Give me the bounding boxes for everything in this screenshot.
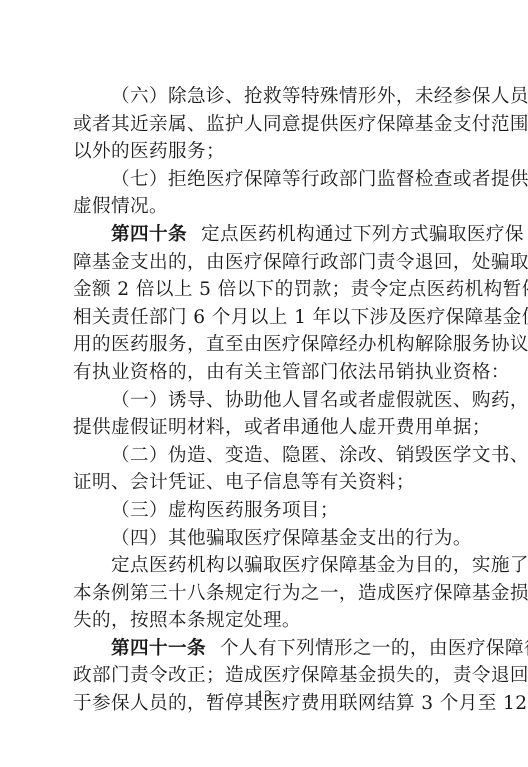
list-item-3: （三）虚构医药服务项目； [73,497,459,525]
text-line: （六）除急诊、抢救等特殊情形外，未经参保人员 [73,83,459,111]
article-41-heading: 第四十一条 [111,638,206,659]
list-item-4: （四）其他骗取医疗保障基金支出的行为。 [73,525,459,553]
article-40-text: 定点医药机构通过下列方式骗取医疗保 [201,224,524,245]
text-line: 政部门责令改正；造成医疗保障基金损失的，责令退回；属 [73,662,459,690]
text-line: 失的，按照本条规定处理。 [73,607,459,635]
article-41-text: 个人有下列情形之一的，由医疗保障行 [220,638,528,659]
text-line: 虚假情况。 [73,193,459,221]
text-line: 或者其近亲属、监护人同意提供医疗保障基金支付范围 [73,111,459,139]
text-line: 证明、会计凭证、电子信息等有关资料； [73,469,459,497]
text-line: 障基金支出的，由医疗保障行政部门责令退回，处骗取 [73,249,459,277]
article-41-first-line: 第四十一条个人有下列情形之一的，由医疗保障行 [73,635,459,663]
list-item-1: （一）诱导、协助他人冒名或者虚假就医、购药， [73,387,459,415]
text-line: 用的医药服务，直至由医疗保障经办机构解除服务协议； [73,331,459,359]
text-line: 相关责任部门 6 个月以上 1 年以下涉及医疗保障基金使 [73,304,459,332]
text-line: 以外的医药服务； [73,138,459,166]
document-body: （六）除急诊、抢救等特殊情形外，未经参保人员 或者其近亲属、监护人同意提供医疗保… [73,83,459,718]
article-40-heading: 第四十条 [111,224,187,245]
text-line: 金额 2 倍以上 5 倍以下的罚款；责令定点医药机构暂停 [73,276,459,304]
text-line: 有执业资格的，由有关主管部门依法吊销执业资格： [73,359,459,387]
article-40-first-line: 第四十条定点医药机构通过下列方式骗取医疗保 [73,221,459,249]
page-number: 13 [0,688,528,706]
text-line: （七）拒绝医疗保障等行政部门监督检查或者提供 [73,166,459,194]
list-item-2: （二）伪造、变造、隐匿、涂改、销毁医学文书、医学 [73,442,459,470]
text-line: 提供虚假证明材料，或者串通他人虚开费用单据； [73,414,459,442]
text-line: 本条例第三十八条规定行为之一，造成医疗保障基金损 [73,580,459,608]
text-line: 定点医药机构以骗取医疗保障基金为目的，实施了 [73,552,459,580]
